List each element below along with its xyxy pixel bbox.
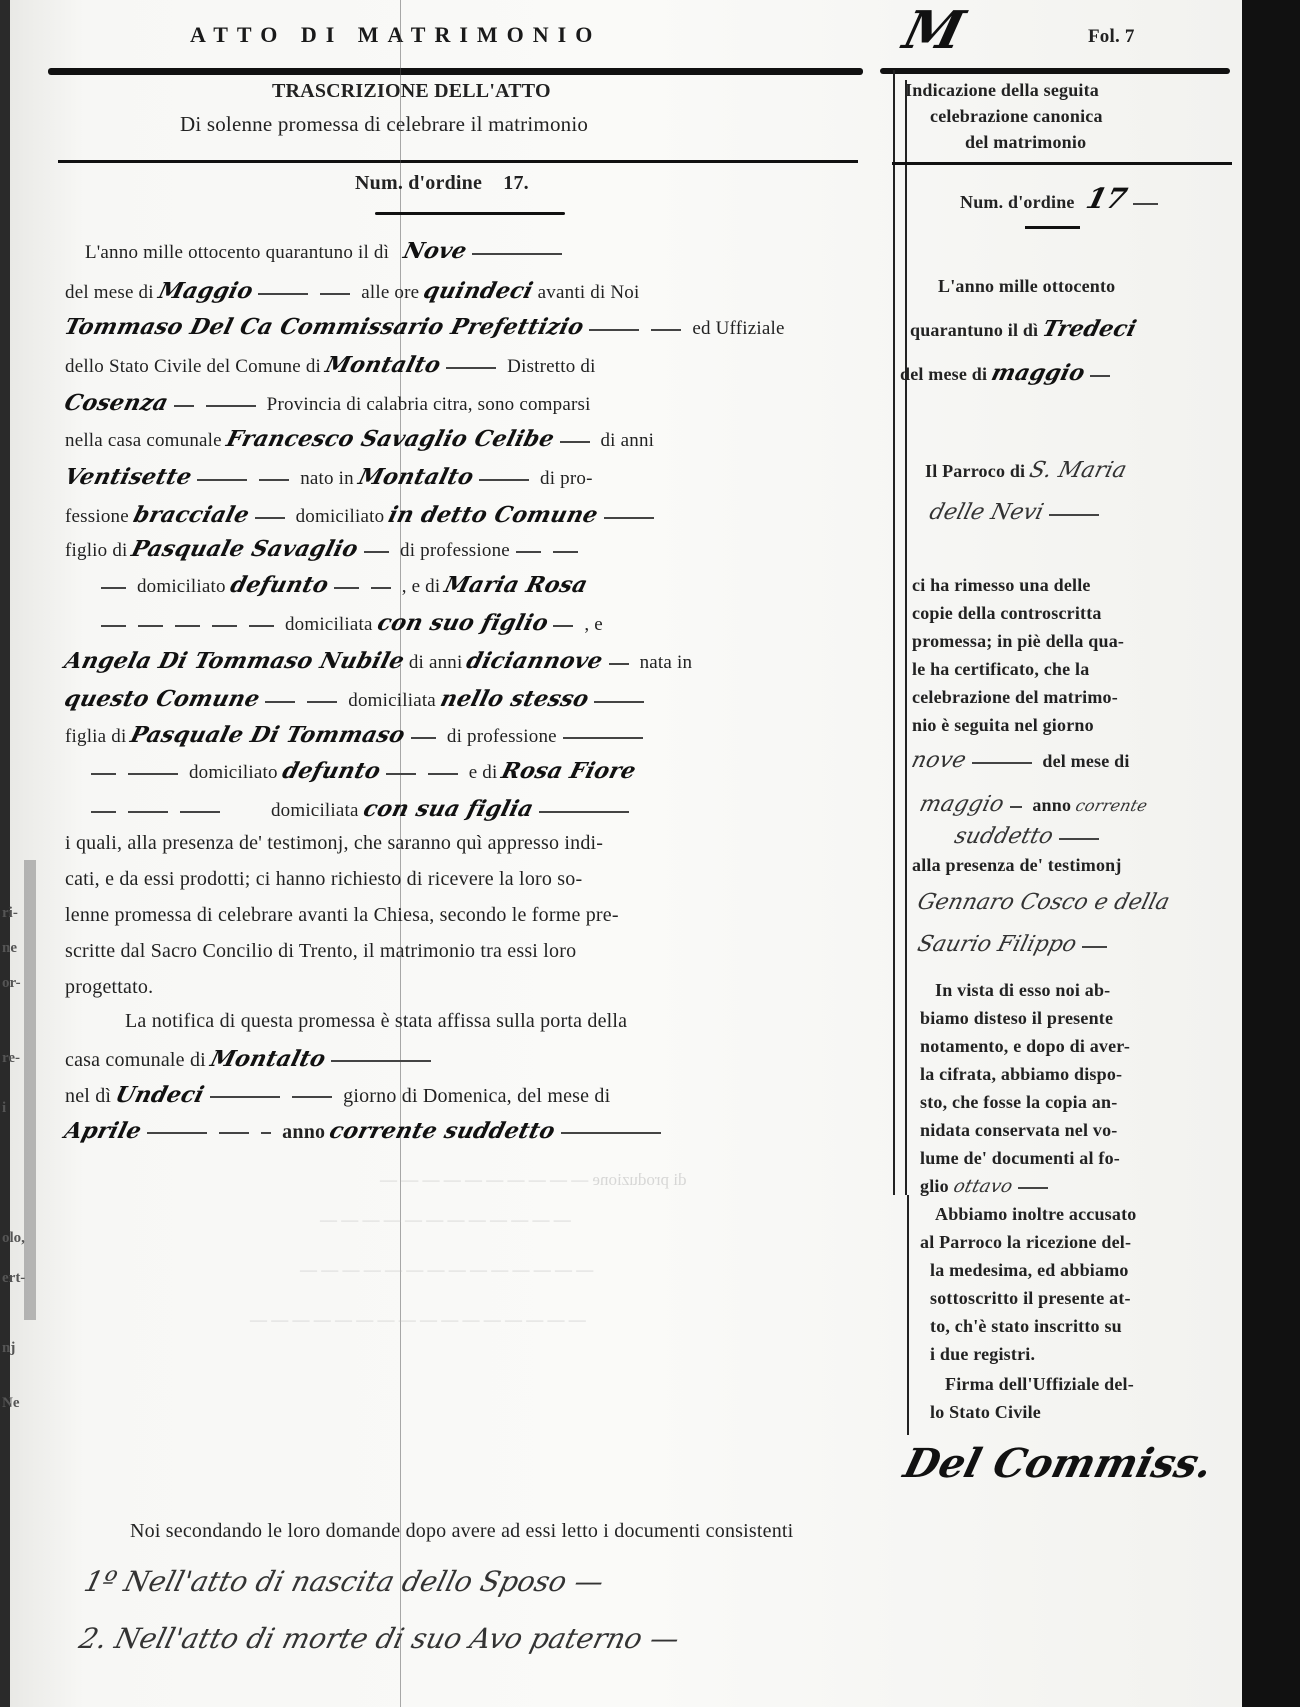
left-line-4: dello Stato Civile del Comune di Montalt… — [65, 352, 596, 378]
ornament-rule — [375, 212, 565, 215]
left-subheading-rule — [58, 160, 858, 163]
handwritten-bride-mother-domicile: con sua figlia — [360, 796, 535, 822]
handwritten-witness-1: Gennaro Cosco e della — [915, 890, 1172, 915]
handwritten-bride-name: Angela Di Tommaso Nubile — [62, 648, 407, 674]
right-body2-5: sto, che fosse la copia an- — [920, 1092, 1117, 1113]
handwritten-groom-birthplace: Montalto — [356, 464, 477, 490]
left-line-16: domiciliata con sua figlia — [85, 796, 635, 822]
handwritten-parish: S. Maria — [1027, 458, 1129, 483]
right-body3-2: al Parroco la ricezione del- — [920, 1232, 1131, 1253]
handwritten-anno: corrente — [1073, 796, 1149, 815]
handwritten-mese: maggio — [917, 792, 1007, 817]
left-line-12: Angela Di Tommaso Nubile di anni diciann… — [65, 648, 692, 674]
margin-bleed-text: or- — [2, 975, 21, 992]
right-heading-1: Indicazione della seguita — [905, 80, 1099, 101]
handwritten-bride-mother: Rosa Fiore — [499, 758, 639, 784]
left-line-15: domiciliato defunto e di Rosa Fiore — [85, 758, 636, 784]
para-line-2: cati, e da essi prodotti; ci hanno richi… — [65, 868, 582, 891]
right-order-number: Num. d'ordine 17 — [960, 182, 1164, 215]
left-line-1: L'anno mille ottocento quarantuno il dì … — [85, 238, 568, 264]
handwritten-district: Cosenza — [62, 390, 171, 416]
handwritten-official-name: Tommaso Del Ca Commissario Prefettizio — [62, 314, 587, 340]
handwritten-groom-name: Francesco Savaglio Celibe — [223, 426, 556, 452]
left-line-9: figlio di Pasquale Savaglio di professio… — [65, 536, 584, 562]
handwritten-father-domicile: defunto — [227, 572, 331, 598]
official-signature: Del Commiss. — [905, 1440, 1212, 1487]
right-body3-5: to, ch'è stato inscritto su — [930, 1316, 1122, 1337]
handwritten-foglio: ottavo — [951, 1176, 1014, 1197]
right-giorno-line: nove del mese di — [912, 748, 1130, 773]
handwritten-giorno: nove — [909, 748, 969, 773]
document-title: ATTO DI MATRIMONIO — [190, 22, 601, 48]
left-line-11: domiciliata con suo figlio , e — [95, 610, 603, 636]
footer-line: Noi secondando le loro domande dopo aver… — [130, 1520, 793, 1543]
para-line-4: scritte dal Sacro Concilio di Trento, il… — [65, 940, 576, 963]
right-body-4: le ha certificato, che la — [912, 659, 1089, 680]
margin-bleed-text: ne — [2, 940, 17, 957]
footer-item-1: 1º Nell'atto di nascita dello Sposo — — [85, 1565, 603, 1598]
right-body2-1: In vista di esso noi ab- — [935, 980, 1110, 1001]
margin-bleed-text: ri- — [2, 905, 18, 922]
handwritten-groom-age: Ventisette — [62, 464, 195, 490]
bleed-through-text: di produzione — — — — — — — — — — — [380, 1170, 686, 1190]
right-body3-1: Abbiamo inoltre accusato — [935, 1204, 1136, 1225]
right-heading-3: del matrimonio — [965, 132, 1086, 153]
folio-label-text: Fol. — [1088, 26, 1120, 47]
margin-bleed-text: Ne — [2, 1395, 20, 1412]
right-body2-4: la cifrata, abbiamo dispo- — [920, 1064, 1122, 1085]
handwritten-notice-month: Aprile — [62, 1118, 144, 1144]
right-column-border-lower — [907, 1195, 909, 1435]
right-body3-6: i due registri. — [930, 1344, 1035, 1365]
handwritten-celebration-day: Tredeci — [1040, 316, 1139, 342]
scan-right-edge — [1242, 0, 1300, 1707]
para-line-1: i quali, alla presenza de' testimonj, ch… — [65, 832, 603, 855]
header-rule-left — [48, 68, 863, 75]
right-body-3: promessa; in piè della qua- — [912, 631, 1124, 652]
handwritten-notice-year: corrente suddetto — [327, 1118, 558, 1144]
firma-line-2: lo Stato Civile — [930, 1402, 1041, 1423]
left-line-6: nella casa comunale Francesco Savaglio C… — [65, 426, 654, 452]
folio-label: Fol. 7 — [1088, 26, 1135, 48]
handwritten-signature: Del Commiss. — [899, 1440, 1217, 1487]
right-body3-4: sottoscritto il presente at- — [930, 1288, 1131, 1309]
handwritten-comune: Montalto — [323, 352, 444, 378]
margin-bleed-text: re- — [2, 1050, 20, 1067]
para-line-3: lenne promessa di celebrare avanti la Ch… — [65, 904, 619, 927]
handwritten-bride-age: diciannove — [464, 648, 606, 674]
folio-number: 7 — [1125, 26, 1135, 47]
witness-2: Saurio Filippo — [918, 932, 1113, 957]
right-intro-3: del mese di maggio — [900, 360, 1116, 386]
margin-bleed-text: ert- — [2, 1270, 25, 1287]
handwritten-document-2: 2. Nell'atto di morte di suo Avo paterno… — [76, 1622, 683, 1655]
right-suddetto-line: suddetto — [955, 824, 1105, 849]
handwritten-groom-profession: bracciale — [131, 502, 252, 528]
binding-shadow — [24, 860, 36, 1320]
left-order-number: Num. d'ordine 17. — [355, 172, 529, 195]
parroco-line: Il Parroco di S. Maria — [925, 458, 1126, 483]
bleed-through-text: — — — — — — — — — — — — — — — — — [250, 1310, 586, 1330]
handwritten-bride-father: Pasquale Di Tommaso — [128, 722, 408, 748]
order-number-value: 17. — [503, 172, 529, 194]
handwritten-hour: quindeci — [421, 278, 536, 304]
handwritten-month: Maggio — [155, 278, 255, 304]
right-intro-2: quarantuno il dì Tredeci — [910, 316, 1136, 342]
right-testimoni-label: alla presenza de' testimonj — [912, 855, 1122, 876]
order-number-label: Num. d'ordine — [355, 172, 482, 194]
left-line-14: figlia di Pasquale Di Tommaso di profess… — [65, 722, 649, 748]
bleed-through-text: — — — — — — — — — — — — — [320, 1210, 571, 1230]
left-line-7: Ventisette nato in Montalto di pro- — [65, 464, 593, 490]
margin-bleed-text: olo, — [2, 1230, 25, 1247]
left-line-2: del mese di Maggio alle ore quindeci ava… — [65, 278, 639, 304]
order-number-label: Num. d'ordine — [960, 192, 1075, 212]
notice-line-3: nel dì Undeci giorno di Domenica, del me… — [65, 1082, 610, 1108]
left-line-8: fessione bracciale domiciliato in detto … — [65, 502, 660, 528]
left-heading-2: Di solenne promessa di celebrare il matr… — [180, 112, 588, 137]
left-line-5: Cosenza Provincia di calabria citra, son… — [65, 390, 591, 416]
notice-line-2: casa comunale di Montalto — [65, 1046, 437, 1072]
left-heading-1: TRASCRIZIONE DELL'ATTO — [272, 80, 551, 103]
right-heading-rule — [892, 162, 1232, 165]
handwritten-bride-domicile: nello stesso — [438, 686, 592, 712]
right-body2-6: nidata conservata nel vo- — [920, 1120, 1118, 1141]
handwritten-groom-father: Pasquale Savaglio — [129, 536, 361, 562]
handwritten-document-1: 1º Nell'atto di nascita dello Sposo — — [81, 1565, 607, 1598]
order-number-value: 17 — [1083, 182, 1131, 215]
handwritten-notice-comune: Montalto — [208, 1046, 329, 1072]
handwritten-parish-2: delle Nevi — [927, 500, 1046, 525]
left-line-3: Tommaso Del Ca Commissario Prefettizio e… — [65, 314, 785, 340]
left-line-10: domiciliato defunto , e di Maria Rosa — [95, 572, 587, 598]
header-rule-right — [880, 68, 1230, 74]
right-anno-line: maggio anno corrente — [920, 792, 1147, 817]
notice-line-4: Aprile anno corrente suddetto — [65, 1118, 667, 1144]
notice-line-1: La notifica di questa promessa è stata a… — [125, 1010, 627, 1033]
handwritten-groom-mother: Maria Rosa — [442, 572, 591, 598]
handwritten-notice-day: Undeci — [113, 1082, 207, 1108]
right-body-5: celebrazione del matrimo- — [912, 687, 1118, 708]
footer-item-2: 2. Nell'atto di morte di suo Avo paterno… — [80, 1622, 679, 1655]
handwritten-groom-domicile: in detto Comune — [386, 502, 601, 528]
column-divider — [893, 70, 895, 1195]
handwritten-bride-birthplace: questo Comune — [62, 686, 263, 712]
right-body2-2: biamo disteso il presente — [920, 1008, 1113, 1029]
right-body-1: ci ha rimesso una delle — [912, 575, 1091, 596]
witness-1: Gennaro Cosco e della — [918, 890, 1169, 915]
para-line-5: progettato. — [65, 976, 153, 999]
handwritten-mother-domicile: con suo figlio — [374, 610, 550, 636]
handwritten-witness-2: Saurio Filippo — [915, 932, 1079, 957]
right-heading-2: celebrazione canonica — [930, 106, 1103, 127]
right-column-border — [905, 80, 907, 1195]
right-body2-3: notamento, e dopo di aver- — [920, 1036, 1130, 1057]
right-body2-7: lume de' documenti al fo- — [920, 1148, 1120, 1169]
margin-bleed-text: i — [2, 1100, 6, 1117]
handwritten-bride-father-domicile: defunto — [279, 758, 383, 784]
right-foglio-line: glio ottavo — [920, 1176, 1054, 1197]
right-body3-3: la medesima, ed abbiamo — [930, 1260, 1129, 1281]
right-body-6: nio è seguita nel giorno — [912, 715, 1094, 736]
right-intro-1: L'anno mille ottocento — [938, 276, 1115, 297]
handwritten-suddetto: suddetto — [952, 824, 1056, 849]
bleed-through-text: — — — — — — — — — — — — — — — [300, 1260, 593, 1280]
left-line-13: questo Comune domiciliata nello stesso — [65, 686, 650, 712]
margin-bleed-text: nj — [2, 1340, 15, 1357]
right-ornament-rule — [1025, 226, 1080, 229]
parroco-line-2: delle Nevi — [930, 500, 1105, 525]
right-body-2: copie della controscritta — [912, 603, 1102, 624]
handwritten-day: Nove — [401, 238, 470, 264]
firma-line-1: Firma dell'Uffiziale del- — [945, 1374, 1134, 1395]
handwritten-celebration-month: maggio — [989, 360, 1088, 386]
